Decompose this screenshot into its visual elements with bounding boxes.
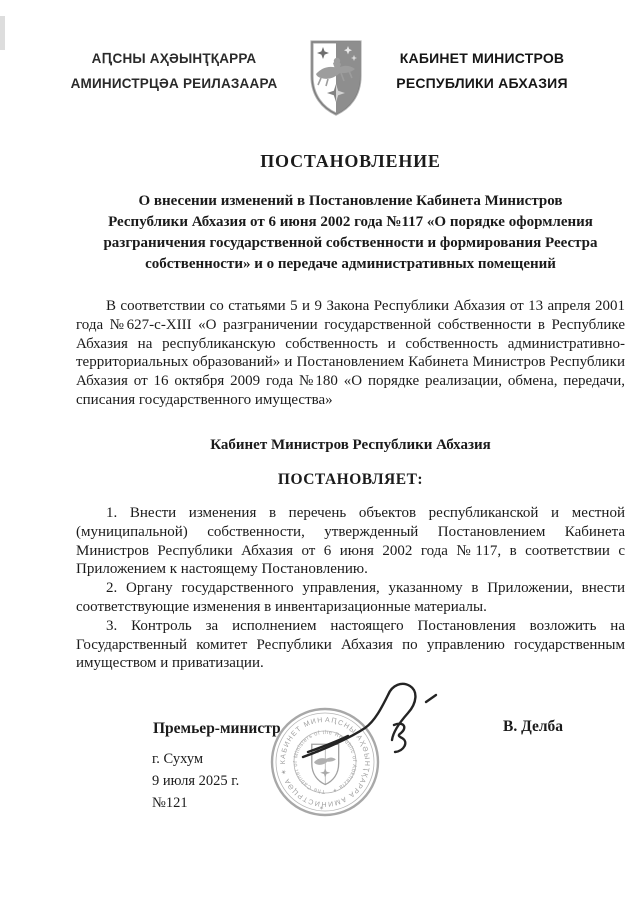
document-type-title: ПОСТАНОВЛЕНИЕ <box>76 151 625 172</box>
document-page: АԤСНЫ АҲӘЫНҬҚАРРА АМИНИСТРЦӘА РЕИЛАЗААРА <box>0 0 640 905</box>
org-name-russian-line1: КАБИНЕТ МИНИСТРОВ <box>384 46 580 71</box>
document-header: АԤСНЫ АҲӘЫНҬҚАРРА АМИНИСТРЦӘА РЕИЛАЗААРА <box>60 38 580 118</box>
resolution-item-3: 3. Контроль за исполнением настоящего По… <box>76 617 625 673</box>
abkhazia-coat-of-arms-icon <box>307 38 365 118</box>
org-name-abkhazian-line2: АМИНИСТРЦӘА РЕИЛАЗААРА <box>60 71 288 96</box>
signer-title: Премьер-министр <box>153 720 281 738</box>
signing-date: 9 июля 2025 г. <box>152 773 239 790</box>
signing-place: г. Сухум <box>152 751 203 768</box>
signer-name: В. Делба <box>503 718 563 736</box>
document-subject: О внесении изменений в Постановление Каб… <box>98 191 603 275</box>
preamble-section: В соответствии со статьями 5 и 9 Закона … <box>76 297 625 410</box>
resolves-heading: ПОСТАНОВЛЯЕТ: <box>76 471 625 489</box>
scan-artifact <box>0 16 5 50</box>
org-name-russian: КАБИНЕТ МИНИСТРОВ РЕСПУБЛИКИ АБХАЗИЯ <box>384 46 580 96</box>
resolution-items: 1. Внести изменения в перечень объектов … <box>76 504 625 673</box>
issuer-line: Кабинет Министров Республики Абхазия <box>76 437 625 454</box>
resolution-item-1: 1. Внести изменения в перечень объектов … <box>76 504 625 579</box>
org-name-abkhazian: АԤСНЫ АҲӘЫНҬҚАРРА АМИНИСТРЦӘА РЕИЛАЗААРА <box>60 46 288 96</box>
signature-scribble <box>278 671 453 781</box>
org-name-russian-line2: РЕСПУБЛИКИ АБХАЗИЯ <box>384 71 580 96</box>
preamble-paragraph: В соответствии со статьями 5 и 9 Закона … <box>76 297 625 410</box>
stamp-bottom-stars: ✶ <box>319 805 324 812</box>
resolution-item-2: 2. Органу государственного управления, у… <box>76 579 625 617</box>
document-number: №121 <box>152 795 188 812</box>
org-name-abkhazian-line1: АԤСНЫ АҲӘЫНҬҚАРРА <box>60 46 288 71</box>
